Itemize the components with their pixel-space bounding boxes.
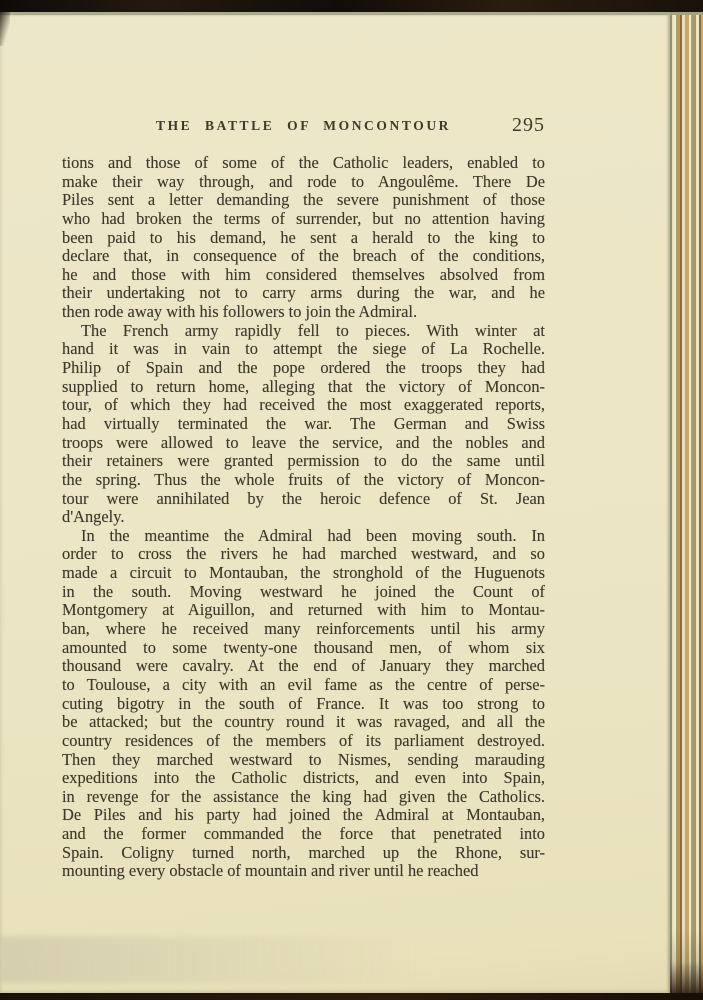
text-line: Piles sent a letter demanding the severe…: [62, 191, 545, 210]
text-line: their retainers were granted permission …: [62, 452, 545, 471]
text-line: tour, of which they had received the mos…: [62, 396, 545, 415]
scan-smudge: [0, 937, 420, 983]
text-line: Then they marched westward to Nismes, se…: [62, 751, 545, 770]
text-line: troops were allowed to leave the service…: [62, 434, 545, 453]
text-line: ban, where he received many reinforcemen…: [62, 620, 545, 639]
text-line: in the south. Moving westward he joined …: [62, 583, 545, 602]
text-line: be attacked; but the country round it wa…: [62, 713, 545, 732]
paragraph: tions and those of some of the Catholic …: [62, 154, 545, 322]
text-line: d'Angely.: [62, 508, 545, 527]
text-line: in revenge for the assistance the king h…: [62, 788, 545, 807]
text-line: been paid to his demand, he sent a heral…: [62, 229, 545, 248]
fore-edge-shadow: [670, 930, 703, 1000]
page-text: tions and those of some of the Catholic …: [62, 154, 545, 881]
book-cover-bottom-edge: [0, 993, 703, 1000]
text-line: make their way through, and rode to Ango…: [62, 173, 545, 192]
text-line: Philip of Spain and the pope ordered the…: [62, 359, 545, 378]
page-title: THE BATTLE OF MONCONTOUR: [62, 118, 545, 134]
text-line: thousand were cavalry. At the end of Jan…: [62, 657, 545, 676]
text-line: Spain. Coligny turned north, marched up …: [62, 844, 545, 863]
paragraph: The French army rapidly fell to pieces. …: [62, 322, 545, 527]
book-cover-top-edge: [0, 0, 703, 12]
text-line: tions and those of some of the Catholic …: [62, 154, 545, 173]
page-corner-shadow: [0, 12, 10, 46]
text-line: The French army rapidly fell to pieces. …: [62, 322, 545, 341]
text-line: to Toulouse, a city with an evil fame as…: [62, 676, 545, 695]
text-line: made a circuit to Montauban, the strongh…: [62, 564, 545, 583]
text-line: order to cross the rivers he had marched…: [62, 545, 545, 564]
text-line: the spring. Thus the whole fruits of the…: [62, 471, 545, 490]
text-line: had virtually terminated the war. The Ge…: [62, 415, 545, 434]
text-line: hand it was in vain to attempt the siege…: [62, 340, 545, 359]
text-line: Montgomery at Aiguillon, and returned wi…: [62, 601, 545, 620]
page-number: 295: [512, 114, 545, 137]
text-line: who had broken the terms of surrender, b…: [62, 210, 545, 229]
text-line: and the former commanded the force that …: [62, 825, 545, 844]
text-line: declare that, in consequence of the brea…: [62, 247, 545, 266]
text-line: De Piles and his party had joined the Ad…: [62, 806, 545, 825]
text-line: their undertaking not to carry arms duri…: [62, 284, 545, 303]
text-line: supplied to return home, alleging that t…: [62, 378, 545, 397]
text-line: amounted to some twenty-one thousand men…: [62, 639, 545, 658]
text-line: expeditions into the Catholic districts,…: [62, 769, 545, 788]
text-line: In the meantime the Admiral had been mov…: [62, 527, 545, 546]
running-head: THE BATTLE OF MONCONTOUR 295: [62, 118, 545, 142]
paragraph: In the meantime the Admiral had been mov…: [62, 527, 545, 881]
text-line: country residences of the members of its…: [62, 732, 545, 751]
fore-edge-page-stack: [670, 12, 703, 1000]
text-line: mounting every obstacle of mountain and …: [62, 862, 545, 881]
book-page: THE BATTLE OF MONCONTOUR 295 tions and t…: [0, 12, 670, 995]
text-line: cuting bigotry in the south of France. I…: [62, 695, 545, 714]
text-line: then rode away with his followers to joi…: [62, 303, 545, 322]
text-line: he and those with him considered themsel…: [62, 266, 545, 285]
text-line: tour were annihilated by the heroic defe…: [62, 490, 545, 509]
